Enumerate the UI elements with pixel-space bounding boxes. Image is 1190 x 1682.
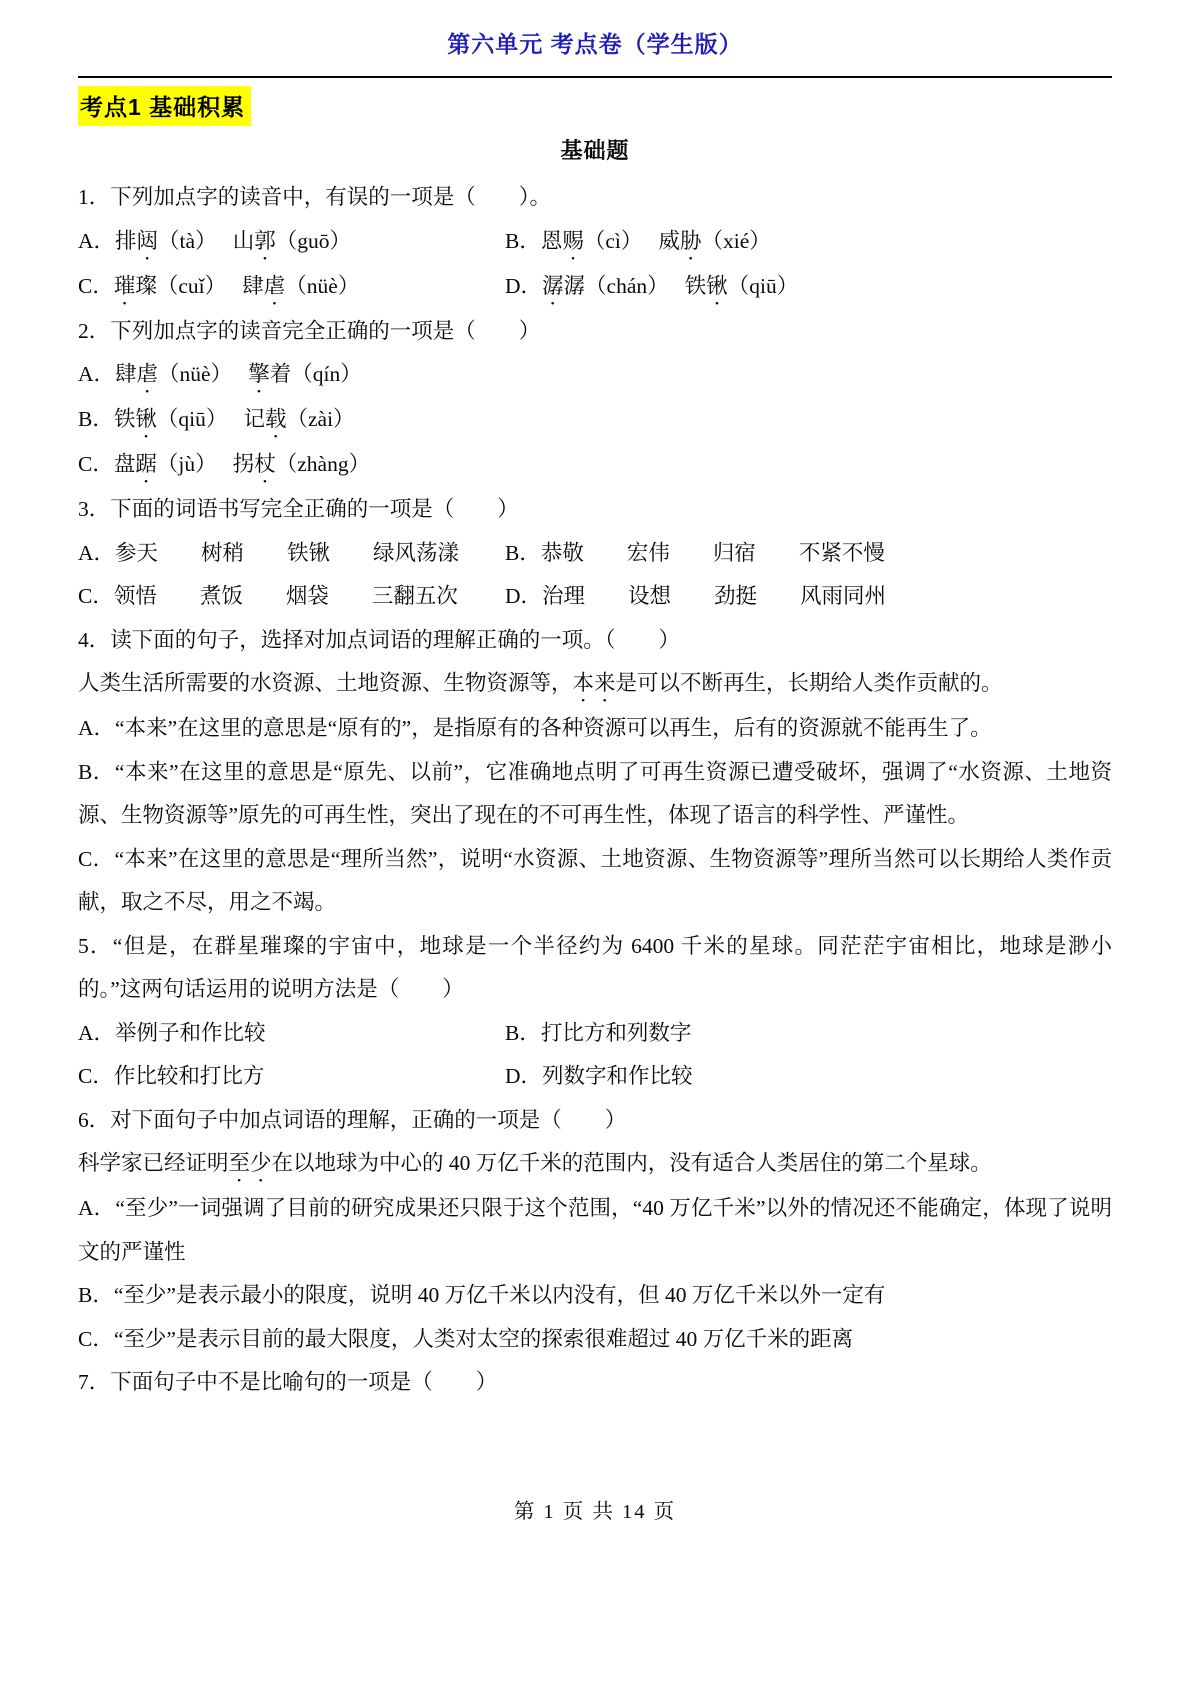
- emphasized-text: 踞: [135, 452, 157, 476]
- text-segment: B．恭敬 宏伟 归宿 不紧不慢: [505, 541, 885, 565]
- option-cell: B．打比方和列数字: [505, 1012, 1112, 1056]
- emphasized-text: 虐: [137, 362, 159, 386]
- text-line: A．肆虐（nüè） 擎着（qín）: [78, 353, 1112, 398]
- option-row: A．排闼（tà） 山郭（guō）B．恩赐（cì） 威胁（xié）: [78, 220, 1112, 265]
- text-segment: C．盘: [78, 452, 135, 476]
- badge-row: 考点1 基础积累: [78, 86, 1112, 126]
- option-cell: C．领悟 煮饭 烟袋 三翻五次: [78, 575, 505, 619]
- document-page: 第六单元 考点卷（学生版） 考点1 基础积累 基础题 1．下列加点字的读音中，有…: [0, 0, 1190, 1682]
- text-segment: 着（qín）: [270, 362, 362, 386]
- text-line: B．“至少”是表示最小的限度，说明 40 万亿千米以内没有，但 40 万亿千米以…: [78, 1274, 1112, 1318]
- option-row: C．璀璨（cuǐ） 肆虐（nüè）D．潺潺（chán） 铁锹（qiū）: [78, 265, 1112, 310]
- text-segment: A．“至少”一词强调了目前的研究成果还只限于这个范围，“40 万亿千米”以外的情…: [78, 1196, 1112, 1264]
- text-segment: A．肆: [78, 362, 137, 386]
- text-segment: C．: [78, 274, 114, 298]
- option-cell: D．潺潺（chán） 铁锹（qiū）: [505, 265, 1112, 310]
- text-segment: B．“本来”在这里的意思是“原先、以前”，它准确地点明了可再生资源已遭受破坏，强…: [78, 760, 1112, 828]
- text-segment: C．“本来”在这里的意思是“理所当然”，说明“水资源、土地资源、生物资源等”理所…: [78, 847, 1112, 915]
- text-segment: 5．“但是，在群星璀璨的宇宙中，地球是一个半径约为 6400 千米的星球。同茫茫…: [78, 934, 1112, 1002]
- emphasized-text: 赐: [562, 229, 584, 253]
- divider-rule: [78, 76, 1112, 78]
- text-line: 3．下面的词语书写完全正确的一项是（ ）: [78, 488, 1112, 532]
- text-segment: C．领悟 煮饭 烟袋 三翻五次: [78, 584, 458, 608]
- emphasized-text: 锹: [135, 407, 157, 431]
- text-segment: 人类生活所需要的水资源、土地资源、生物资源等，: [78, 671, 573, 695]
- emphasized-text: 杖: [254, 452, 276, 476]
- text-line: 4．读下面的句子，选择对加点词语的理解正确的一项。（ ）: [78, 619, 1112, 663]
- text-segment: （zhàng）: [276, 452, 370, 476]
- text-segment: （qiū）: [728, 274, 798, 298]
- text-line: B．“本来”在这里的意思是“原先、以前”，它准确地点明了可再生资源已遭受破坏，强…: [78, 751, 1112, 838]
- emphasized-text: 锹: [706, 274, 728, 298]
- text-segment: （jù） 拐: [157, 452, 254, 476]
- text-segment: （nüè）: [285, 274, 359, 298]
- emphasized-text: 载: [265, 407, 287, 431]
- option-cell: C．璀璨（cuǐ） 肆虐（nüè）: [78, 265, 505, 310]
- text-segment: （xié）: [702, 229, 771, 253]
- text-segment: B．“至少”是表示最小的限度，说明 40 万亿千米以内没有，但 40 万亿千米以…: [78, 1283, 885, 1307]
- option-cell: B．恭敬 宏伟 归宿 不紧不慢: [505, 532, 1112, 576]
- page-number: 第 1 页 共 14 页: [514, 1501, 676, 1523]
- text-line: 7．下面句子中不是比喻句的一项是（ ）: [78, 1361, 1112, 1405]
- text-line: B．铁锹（qiū） 记载（zài）: [78, 398, 1112, 443]
- text-line: 1．下列加点字的读音中，有误的一项是（ ）。: [78, 176, 1112, 220]
- emphasized-text: 郭: [254, 229, 276, 253]
- text-line: A．“本来”在这里的意思是“原有的”，是指原有的各种资源可以再生，后有的资源就不…: [78, 707, 1112, 751]
- text-line: 6．对下面句子中加点词语的理解，正确的一项是（ ）: [78, 1099, 1112, 1143]
- emphasized-text: 闼: [137, 229, 159, 253]
- text-segment: D．治理 设想 劲挺 风雨同州: [505, 584, 886, 608]
- option-row: C．领悟 煮饭 烟袋 三翻五次D．治理 设想 劲挺 风雨同州: [78, 575, 1112, 619]
- section-heading: 基础题: [78, 128, 1112, 174]
- emphasized-text: 虐: [264, 274, 286, 298]
- option-cell: A．排闼（tà） 山郭（guō）: [78, 220, 505, 265]
- option-cell: A．参天 树稍 铁锹 绿风荡漾: [78, 532, 505, 576]
- option-row: A．举例子和作比较B．打比方和列数字: [78, 1012, 1112, 1056]
- text-segment: （guō）: [276, 229, 351, 253]
- text-segment: 2．下列加点字的读音完全正确的一项是（ ）: [78, 319, 540, 343]
- option-cell: A．举例子和作比较: [78, 1012, 505, 1056]
- text-line: C．“本来”在这里的意思是“理所当然”，说明“水资源、土地资源、生物资源等”理所…: [78, 838, 1112, 925]
- option-row: A．参天 树稍 铁锹 绿风荡漾B．恭敬 宏伟 归宿 不紧不慢: [78, 532, 1112, 576]
- text-segment: B．恩: [505, 229, 562, 253]
- emphasized-text: 擎: [248, 362, 270, 386]
- option-cell: D．列数字和作比较: [505, 1055, 1112, 1099]
- text-line: A．“至少”一词强调了目前的研究成果还只限于这个范围，“40 万亿千米”以外的情…: [78, 1187, 1112, 1274]
- emphasized-text: 潺: [542, 274, 564, 298]
- text-segment: A．举例子和作比较: [78, 1021, 266, 1045]
- text-segment: （cì） 威: [584, 229, 680, 253]
- text-segment: 6．对下面句子中加点词语的理解，正确的一项是（ ）: [78, 1108, 626, 1132]
- page-title: 第六单元 考点卷（学生版）: [78, 0, 1112, 59]
- text-segment: 科学家已经证明: [78, 1151, 229, 1175]
- emphasized-text: 璀: [114, 274, 136, 298]
- document-body: 1．下列加点字的读音中，有误的一项是（ ）。A．排闼（tà） 山郭（guō）B．…: [78, 176, 1112, 1405]
- text-segment: （zài）: [286, 407, 354, 431]
- text-segment: D．列数字和作比较: [505, 1064, 693, 1088]
- text-segment: 3．下面的词语书写完全正确的一项是（ ）: [78, 497, 519, 521]
- emphasized-text: 本来: [573, 671, 616, 695]
- emphasized-text: 胁: [680, 229, 702, 253]
- option-row: C．作比较和打比方D．列数字和作比较: [78, 1055, 1112, 1099]
- text-line: C．“至少”是表示目前的最大限度，人类对太空的探索很难超过 40 万亿千米的距离: [78, 1318, 1112, 1362]
- text-segment: 7．下面句子中不是比喻句的一项是（ ）: [78, 1370, 497, 1394]
- text-segment: B．打比方和列数字: [505, 1021, 691, 1045]
- text-segment: 4．读下面的句子，选择对加点词语的理解正确的一项。（ ）: [78, 628, 680, 652]
- text-segment: C．“至少”是表示目前的最大限度，人类对太空的探索很难超过 40 万亿千米的距离: [78, 1327, 853, 1351]
- text-segment: A．参天 树稍 铁锹 绿风荡漾: [78, 541, 459, 565]
- text-segment: B．铁: [78, 407, 135, 431]
- text-segment: 是可以不断再生，长期给人类作贡献的。: [616, 671, 1003, 695]
- text-line: 5．“但是，在群星璀璨的宇宙中，地球是一个半径约为 6400 千米的星球。同茫茫…: [78, 925, 1112, 1012]
- text-segment: A．“本来”在这里的意思是“原有的”，是指原有的各种资源可以再生，后有的资源就不…: [78, 716, 992, 740]
- section-badge: 考点1 基础积累: [78, 86, 251, 126]
- page-footer: 第 1 页 共 14 页: [0, 1494, 1190, 1524]
- text-line: 人类生活所需要的水资源、土地资源、生物资源等，本来是可以不断再生，长期给人类作贡…: [78, 662, 1112, 707]
- text-segment: （tà） 山: [158, 229, 254, 253]
- text-segment: （nüè）: [158, 362, 248, 386]
- option-cell: C．作比较和打比方: [78, 1055, 505, 1099]
- text-segment: 在以地球为中心的 40 万亿千米的范围内，没有适合人类居住的第二个星球。: [272, 1151, 992, 1175]
- text-line: 科学家已经证明至少在以地球为中心的 40 万亿千米的范围内，没有适合人类居住的第…: [78, 1142, 1112, 1187]
- text-segment: 潺（chán） 铁: [564, 274, 707, 298]
- text-line: 2．下列加点字的读音完全正确的一项是（ ）: [78, 310, 1112, 354]
- text-line: C．盘踞（jù） 拐杖（zhàng）: [78, 443, 1112, 488]
- option-cell: B．恩赐（cì） 威胁（xié）: [505, 220, 1112, 265]
- text-segment: 1．下列加点字的读音中，有误的一项是（ ）。: [78, 185, 551, 209]
- text-segment: 璨（cuǐ） 肆: [135, 274, 263, 298]
- option-cell: D．治理 设想 劲挺 风雨同州: [505, 575, 1112, 619]
- text-segment: A．排: [78, 229, 137, 253]
- text-segment: D．: [505, 274, 542, 298]
- text-segment: （qiū） 记: [157, 407, 265, 431]
- emphasized-text: 至少: [229, 1151, 272, 1175]
- text-segment: C．作比较和打比方: [78, 1064, 264, 1088]
